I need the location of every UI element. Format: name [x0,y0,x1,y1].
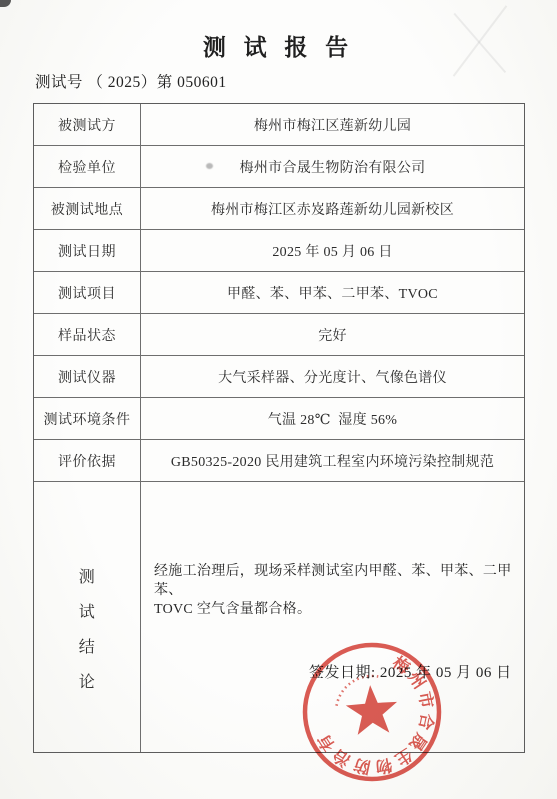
row-label: 评价依据 [34,440,141,481]
conclusion-row: 测 试 结 论 经施工治理后，现场采样测试室内甲醛、苯、甲苯、二甲苯、 TOVC… [34,482,524,752]
table-row: 测试仪器 大气采样器、分光度计、气像色谱仪 [34,356,524,398]
table-row: 评价依据 GB50325-2020 民用建筑工程室内环境污染控制规范 [34,440,524,482]
table-row: 被测试方 梅州市梅江区莲新幼儿园 [34,104,524,146]
row-value: 梅州市梅江区莲新幼儿园 [141,104,524,145]
row-label: 测试项目 [34,272,141,313]
row-value: 梅州市梅江区赤岌路莲新幼儿园新校区 [141,188,524,229]
table-row: 测试日期 2025 年 05 月 06 日 [34,230,524,272]
conclusion-label-char: 论 [79,675,96,691]
row-label: 测试仪器 [34,356,141,397]
page-title: 测 试 报 告 [0,29,557,62]
row-value: 甲醛、苯、甲苯、二甲苯、TVOC [141,272,524,313]
table-row: 测试环境条件 气温 28℃ 湿度 56% [34,398,524,440]
row-label: 样品状态 [34,314,141,355]
scan-corner-artifact [0,0,11,7]
conclusion-label-char: 试 [79,605,96,621]
conclusion-cell: 经施工治理后，现场采样测试室内甲醛、苯、甲苯、二甲苯、 TOVC 空气含量都合格… [141,482,524,752]
report-number: 测试号 （ 2025）第 050601 [35,70,227,92]
row-label: 测试环境条件 [34,398,141,439]
row-value: 梅州市合晟生物防治有限公司 [141,146,524,187]
conclusion-text: 经施工治理后，现场采样测试室内甲醛、苯、甲苯、二甲苯、 TOVC 空气含量都合格… [141,482,524,619]
row-value: 完好 [141,314,524,355]
table-row: 被测试地点 梅州市梅江区赤岌路莲新幼儿园新校区 [34,188,524,230]
report-table: 被测试方 梅州市梅江区莲新幼儿园 检验单位 梅州市合晟生物防治有限公司 被测试地… [33,103,525,753]
row-label: 检验单位 [34,146,141,187]
table-row: 样品状态 完好 [34,314,524,356]
row-value: 大气采样器、分光度计、气像色谱仪 [141,356,524,397]
conclusion-label-char: 结 [79,640,96,656]
table-row: 测试项目 甲醛、苯、甲苯、二甲苯、TVOC [34,272,524,314]
row-label: 测试日期 [34,230,141,271]
row-value: 气温 28℃ 湿度 56% [141,398,524,439]
issue-date: 签发日期: 2025 年 05 月 06 日 [309,661,512,682]
row-value: 2025 年 05 月 06 日 [141,230,524,271]
row-label: 被测试方 [34,104,141,145]
row-value: GB50325-2020 民用建筑工程室内环境污染控制规范 [141,440,524,481]
conclusion-label-char: 测 [79,570,96,586]
test-report-page: { "page": { "title": "测 试 报 告", "report_… [0,0,557,799]
conclusion-label: 测 试 结 论 [34,482,141,752]
table-row: 检验单位 梅州市合晟生物防治有限公司 [34,146,524,188]
row-label: 被测试地点 [34,188,141,229]
